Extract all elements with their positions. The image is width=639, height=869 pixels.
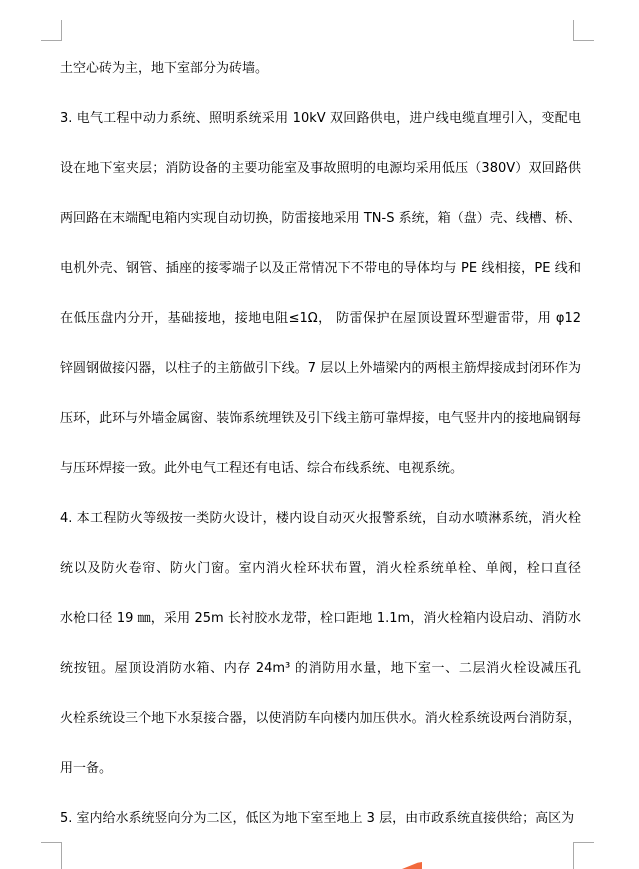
text-line: 两回路在末端配电箱内实现自动切换，防雷接地采用 TN-S 系统，箱（盘）壳、线槽… xyxy=(60,194,581,244)
text-line: 火栓系统设三个地下水泵接合器，以使消防车向楼内加压供水。消火栓系统设两台消防泵，… xyxy=(60,694,581,744)
crop-mark-top-left-icon xyxy=(41,20,62,41)
text-line: 水枪口径 19 ㎜，采用 25m 长衬胶水龙带，栓口距地 1.1m，消火栓箱内设… xyxy=(60,594,581,644)
text-line: 用一备。 xyxy=(60,744,581,794)
crop-mark-bottom-right-icon xyxy=(573,842,594,869)
text-line: 压环，此环与外墙金属窗、装饰系统埋铁及引下线主筋可靠焊接，电气竖井内的接地扁钢每… xyxy=(60,394,581,444)
text-line: 在低压盘内分开，基础接地，接地电阻≤1Ω， 防雷保护在屋顶设置环型避雷带，用 φ… xyxy=(60,294,581,344)
document-page: 土空心砖为主，地下室部分为砖墙。3. 电气工程中动力系统、照明系统采用 10kV… xyxy=(0,0,639,869)
text-line: 统以及防火卷帘、防火门窗。室内消火栓环状布置，消火栓系统单栓、单阀，栓口直径 S… xyxy=(60,544,581,594)
text-line: 锌圆钢做接闪器，以柱子的主筋做引下线。7 层以上外墙梁内的两根主筋焊接成封闭环作… xyxy=(60,344,581,394)
text-line: 3. 电气工程中动力系统、照明系统采用 10kV 双回路供电，进户线电缆直埋引入… xyxy=(60,94,581,144)
text-line: 5. 室内给水系统竖向分为二区，低区为地下室至地上 3 层，由市政系统直接供给；… xyxy=(60,794,581,844)
text-line: 设在地下室夹层；消防设备的主要功能室及事故照明的电源均采用低压（380V）双回路… xyxy=(60,144,581,194)
text-line: 土空心砖为主，地下室部分为砖墙。 xyxy=(60,44,581,94)
text-line: 统按钮。屋顶设消防水箱、内存 24m³ 的消防用水量，地下室一、二层消火栓设减压… xyxy=(60,644,581,694)
document-body: 土空心砖为主，地下室部分为砖墙。3. 电气工程中动力系统、照明系统采用 10kV… xyxy=(60,44,581,844)
text-line: 电机外壳、钢管、插座的接零端子以及正常情况下不带电的导体均与 PE 线相接，PE… xyxy=(60,244,581,294)
crop-mark-bottom-left-icon xyxy=(41,842,62,869)
crop-mark-top-right-icon xyxy=(573,20,594,41)
logo-swoosh-icon xyxy=(402,862,422,869)
text-line: 与压环焊接一致。此外电气工程还有电话、综合布线系统、电视系统。 xyxy=(60,444,581,494)
text-line: 4. 本工程防火等级按一类防火设计，楼内设自动灭火报警系统，自动水喷淋系统，消火… xyxy=(60,494,581,544)
